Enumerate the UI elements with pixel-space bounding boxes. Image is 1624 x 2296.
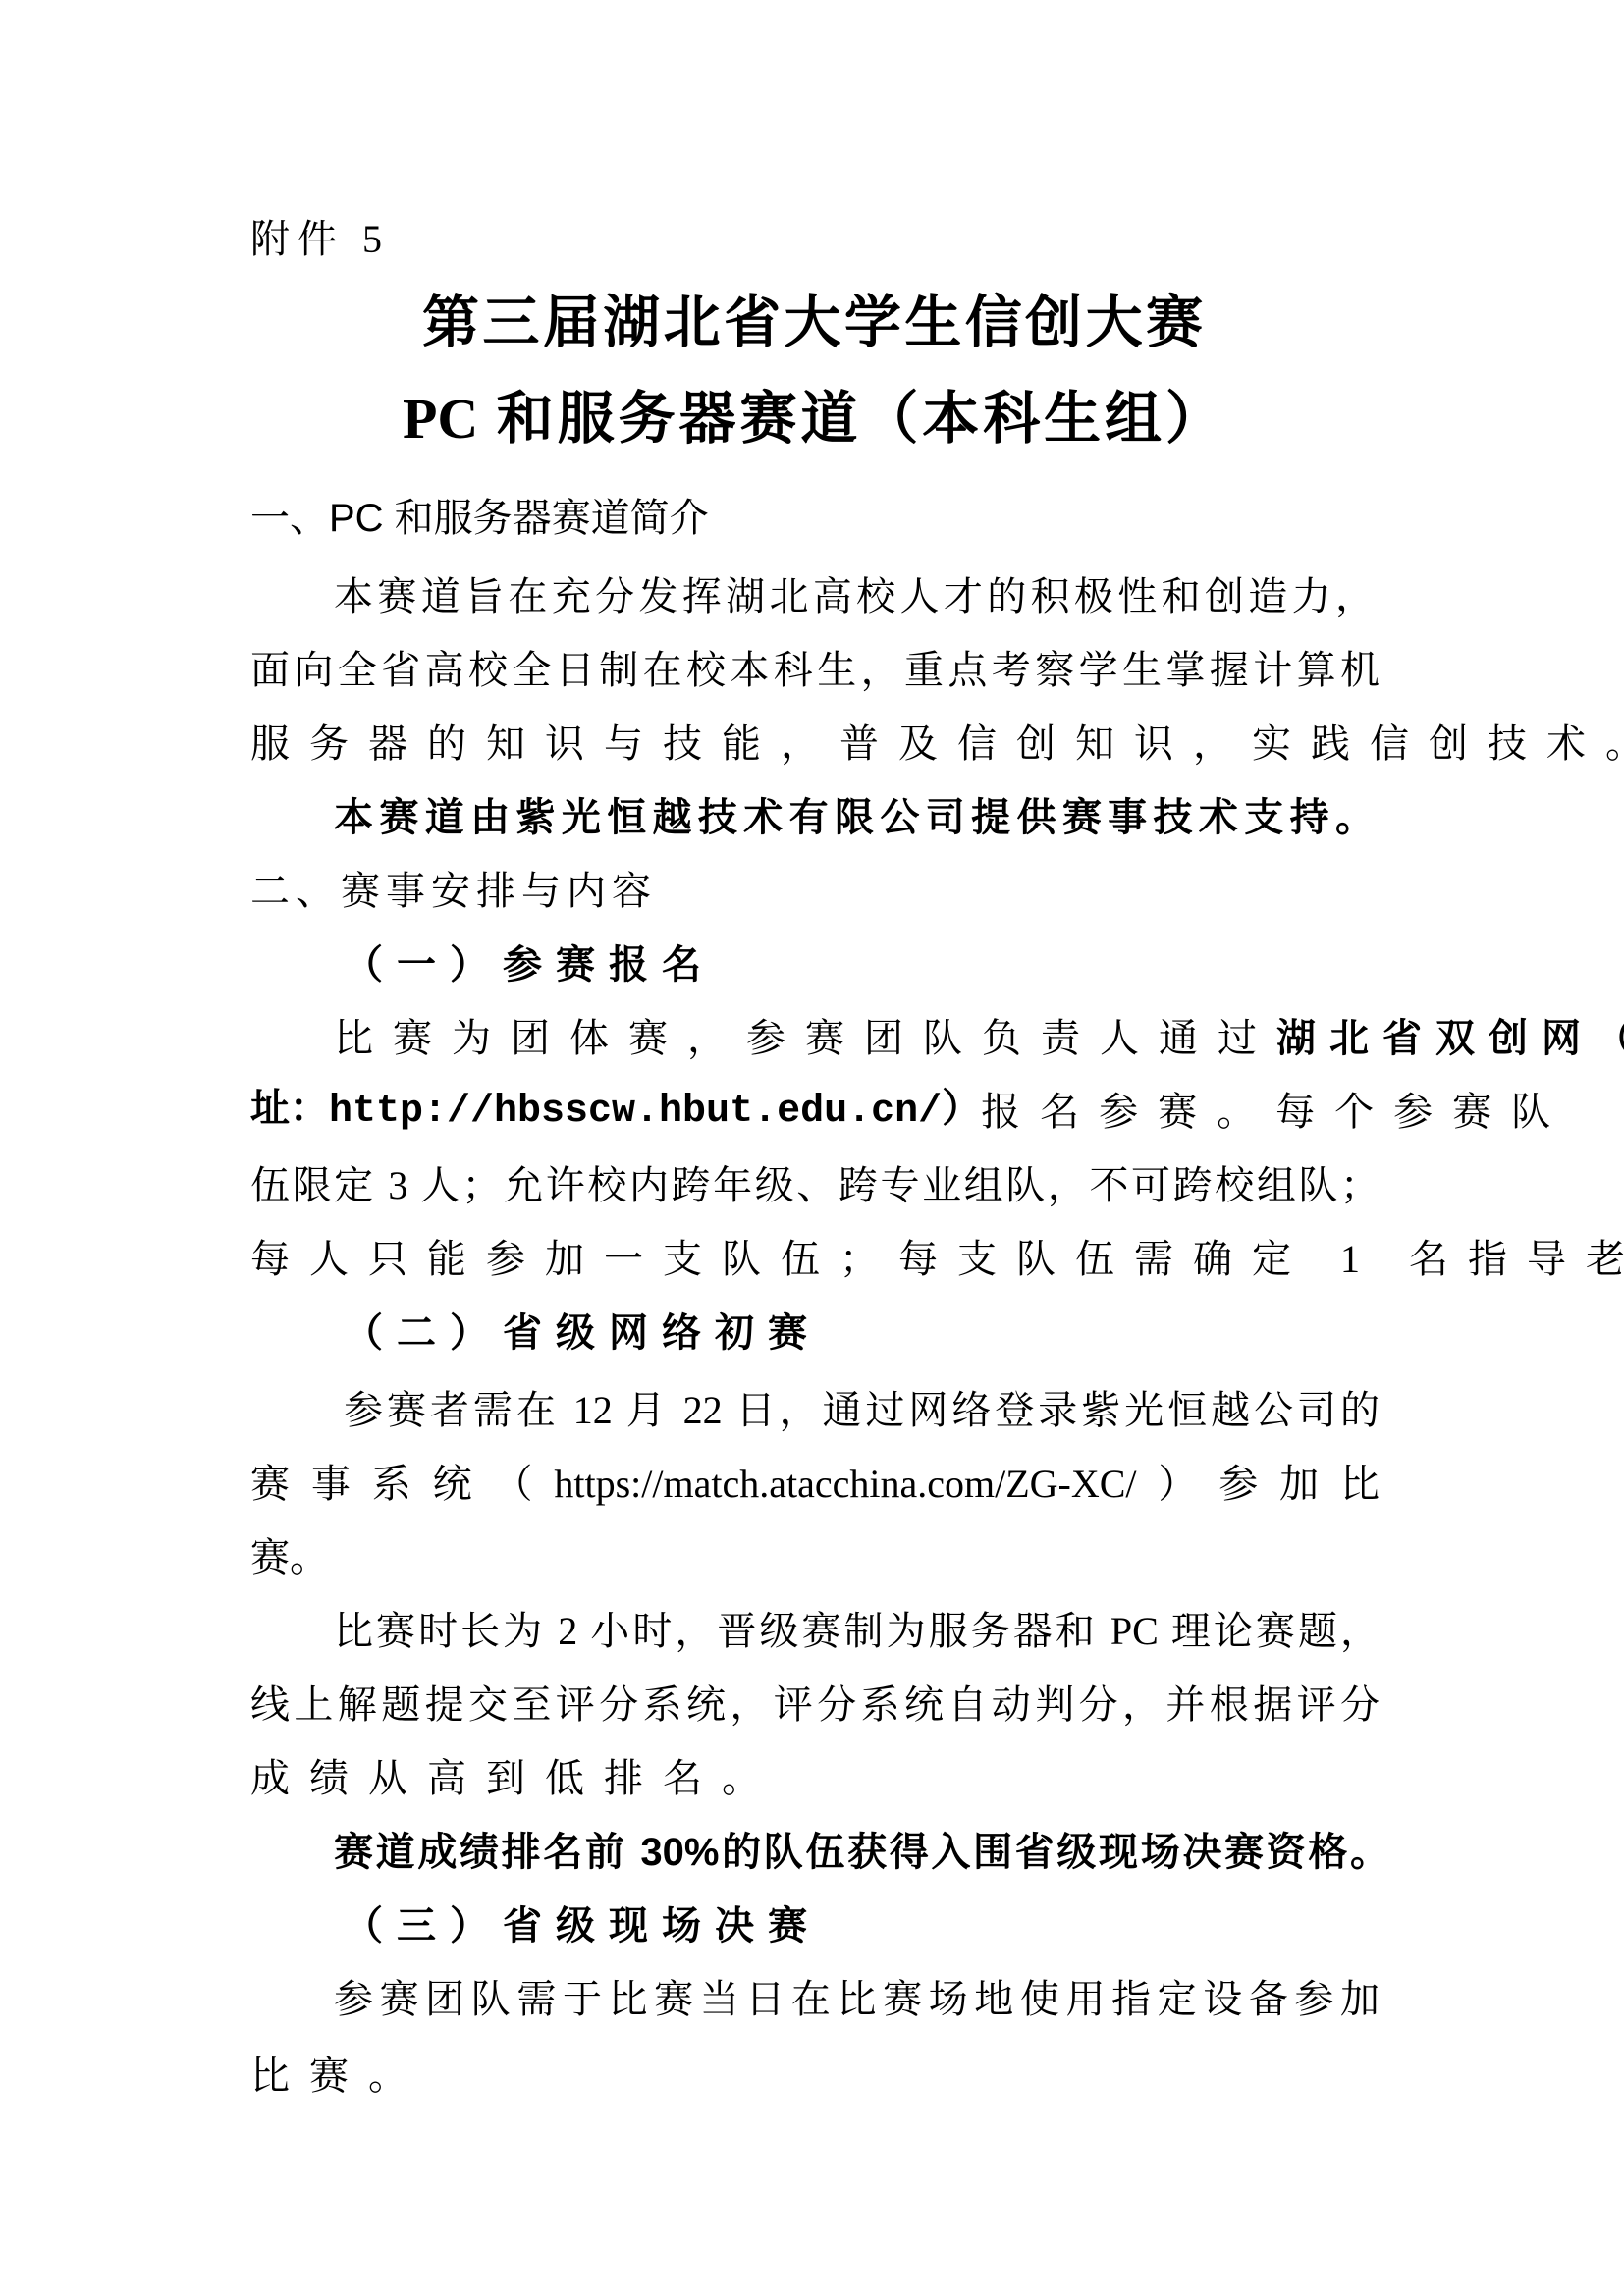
- sub1-line3: 伍限定 3 人；允许校内跨年级、跨专业组队，不可跨校组队；: [250, 1166, 1380, 1205]
- qualification-statement: 赛道成绩排名前 30%的队伍获得入围省级现场决赛资格。: [334, 1833, 1389, 1872]
- sub2-p1-line1: 参赛者需在 12 月 22 日，通过网络登录紫光恒越公司的: [344, 1391, 1380, 1430]
- support-statement: 本赛道由紫光恒越技术有限公司提供赛事技术支持。: [334, 798, 1375, 837]
- sub3-line2: 比赛。: [250, 2056, 427, 2096]
- document-title-line2: PC 和服务器赛道（本科生组）: [403, 391, 1222, 448]
- sub1-line1: 比赛为团体赛，参赛团队负责人通过 湖北省双创网（网: [334, 1019, 1380, 1058]
- sub2-p1-line2: 赛事系统（https://match.atacchina.com/ZG-XC/）…: [250, 1465, 1380, 1504]
- sub3-line1: 参赛团队需于比赛当日在比赛场地使用指定设备参加: [334, 1980, 1380, 2019]
- sub1-line1-plain: 比赛为团体赛，参赛团队负责人通过: [334, 1019, 1276, 1058]
- sub2-p2-line2: 线上解题提交至评分系统，评分系统自动判分，并根据评分: [250, 1685, 1380, 1725]
- shuangchuang-site-name: 湖北省双创网（网: [1276, 1019, 1624, 1058]
- section1-para-line3: 服务器的知识与技能，普及信创知识，实践信创技术。: [250, 724, 1624, 764]
- sub1-line2: 址：http://hbsscw.hbut.edu.cn/） 报名参赛。每个参赛队: [250, 1093, 1380, 1132]
- document-title-line1: 第三届湖北省大学生信创大赛: [422, 294, 1203, 351]
- sub2-p2-line1: 比赛时长为 2 小时，晋级赛制为服务器和 PC 理论赛题，: [334, 1612, 1380, 1651]
- shuangchuang-url-link[interactable]: 址：http://hbsscw.hbut.edu.cn/）: [250, 1093, 981, 1132]
- sub2-p2-line3: 成绩从高到低排名。: [250, 1759, 781, 1798]
- sub1-line2-plain: 报名参赛。每个参赛队: [981, 1093, 1570, 1132]
- sub2-p1-line3: 赛。: [250, 1538, 329, 1577]
- section1-para-line1: 本赛道旨在充分发挥湖北高校人才的积极性和创造力，: [334, 577, 1375, 616]
- section1-para-line2: 面向全省高校全日制在校本科生，重点考察学生掌握计算机: [250, 651, 1380, 690]
- sub2-heading: （二）省级网络初赛: [344, 1313, 821, 1353]
- section2-heading: 二、赛事安排与内容: [250, 872, 657, 911]
- section1-heading: 一、PC 和服务器赛道简介: [250, 499, 741, 538]
- sub1-heading: （一）参赛报名: [344, 945, 715, 985]
- document-page: 附件 5 第三届湖北省大学生信创大赛 PC 和服务器赛道（本科生组） 一、PC …: [0, 0, 1624, 2296]
- sub3-heading: （三）省级现场决赛: [344, 1906, 821, 1946]
- sub1-line4: 每人只能参加一支队伍；每支队伍需确定 1 名指导老师。: [250, 1240, 1624, 1279]
- attachment-label: 附件 5: [250, 220, 390, 259]
